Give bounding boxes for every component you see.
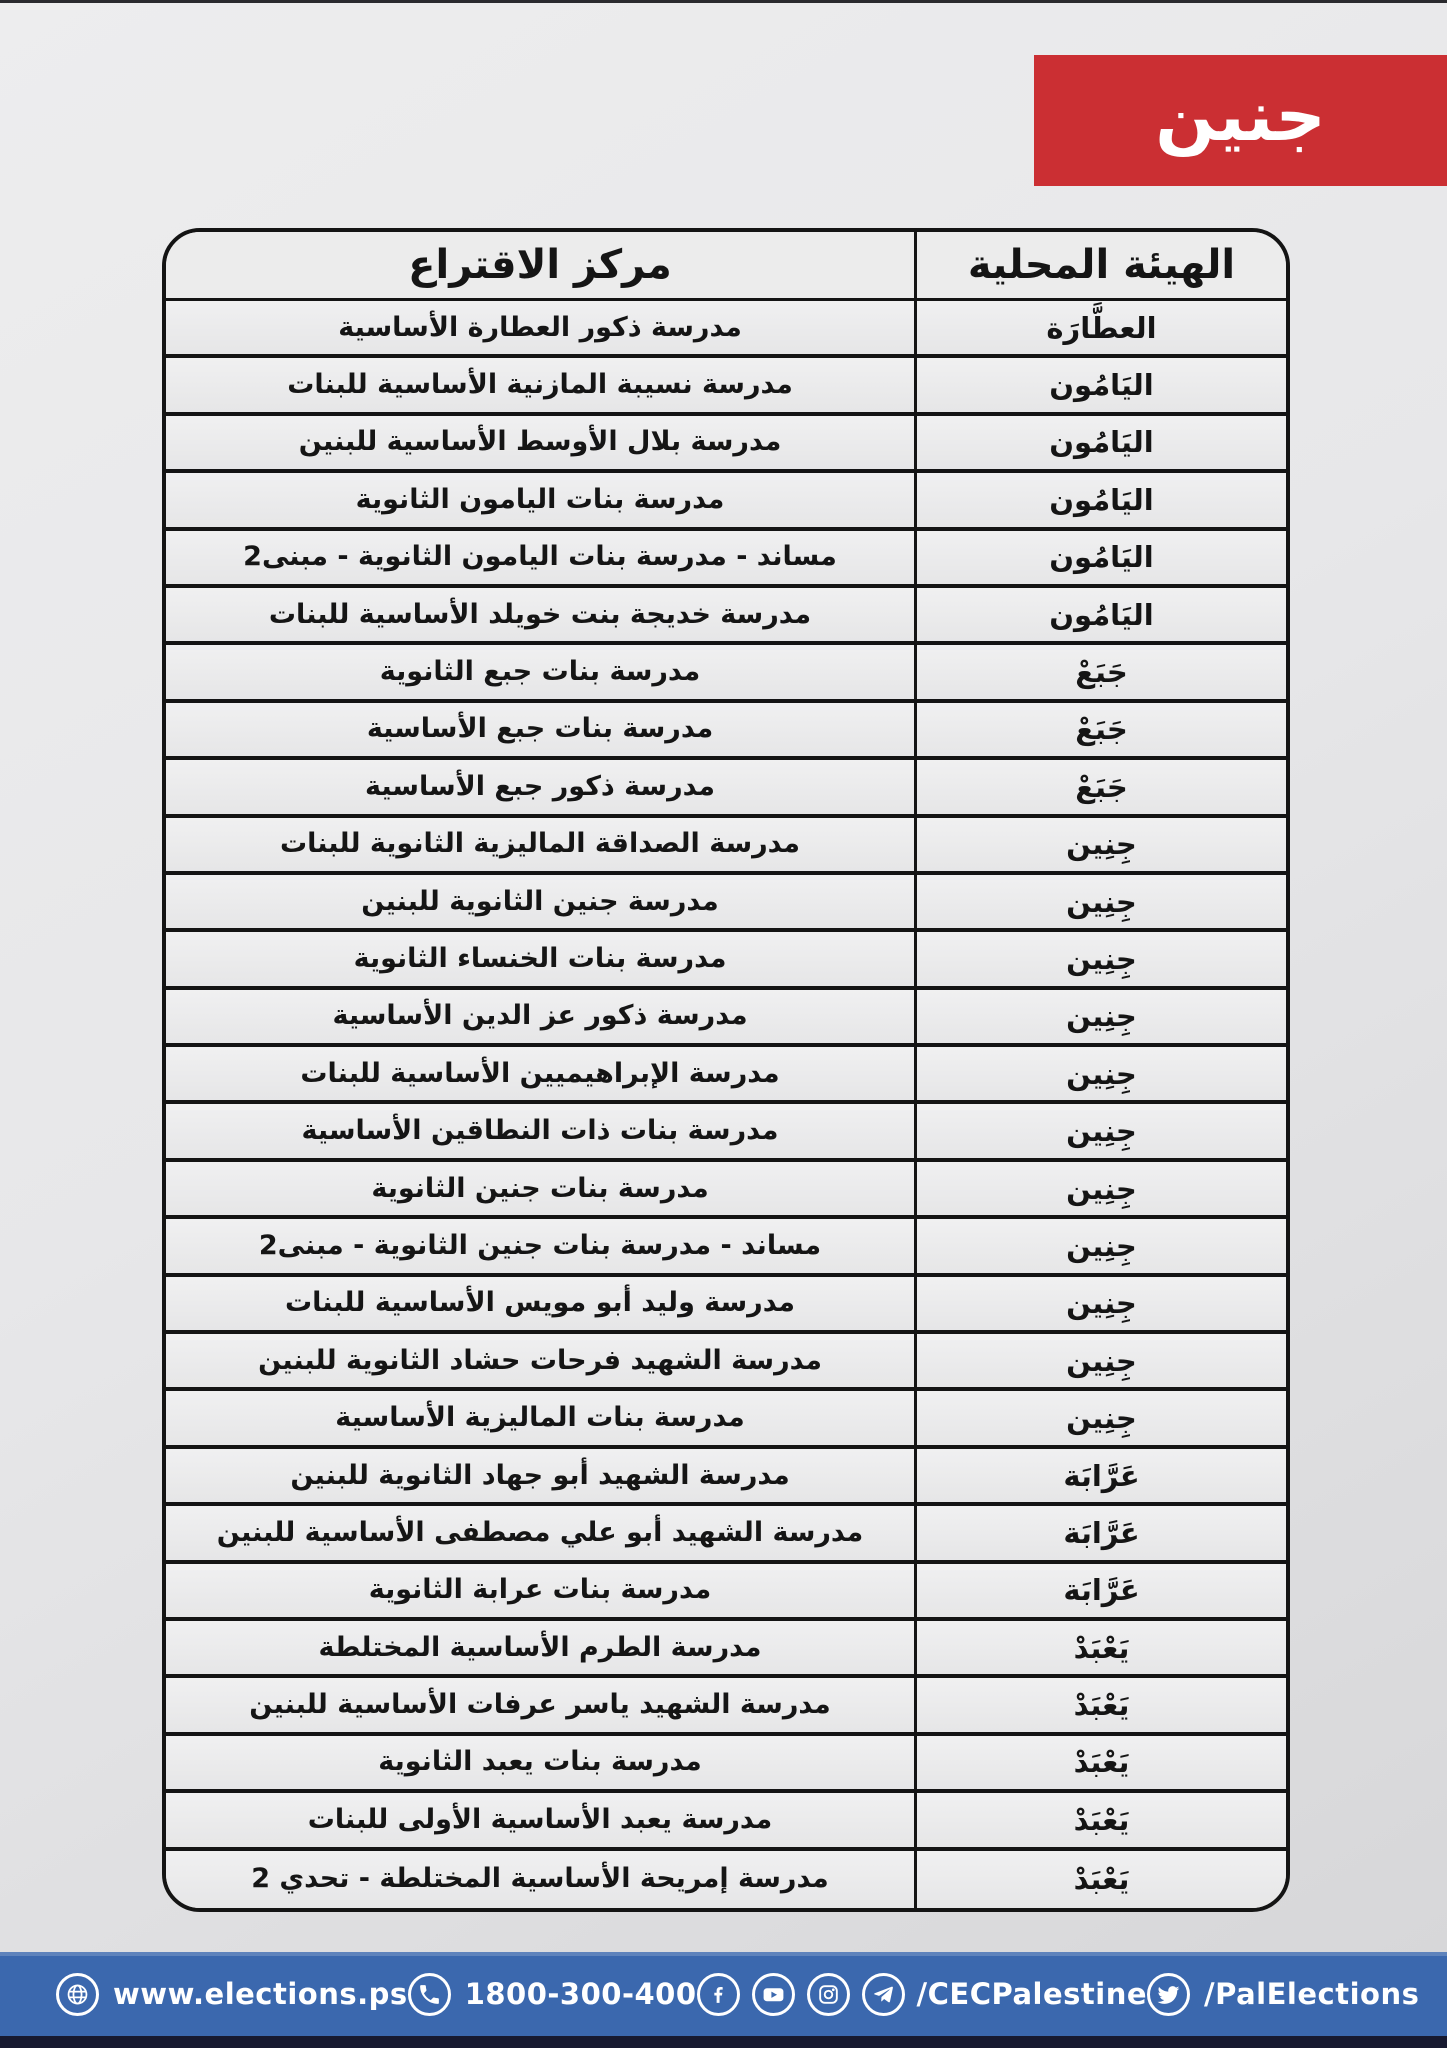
local-authority-cell: جِنِين [914, 875, 1286, 928]
local-authority-cell: عَرَّابَة [914, 1506, 1286, 1559]
polling-center-cell: مدرسة الشهيد أبو جهاد الثانوية للبنين [166, 1449, 914, 1502]
polling-center-cell: مساند - مدرسة بنات جنين الثانوية - مبنى2 [166, 1219, 914, 1272]
polling-center-cell: مدرسة وليد أبو مويس الأساسية للبنات [166, 1277, 914, 1330]
social-handle-text: /CECPalestine [917, 1977, 1148, 2011]
local-authority-cell: عَرَّابَة [914, 1564, 1286, 1617]
website-group: www.elections.ps [56, 1973, 408, 2016]
table-row: يَعْبَدْ مدرسة بنات يعبد الثانوية [166, 1736, 1286, 1793]
local-authority-cell: جِنِين [914, 990, 1286, 1043]
table-row: اليَامُون مدرسة نسيبة المازنية الأساسية … [166, 358, 1286, 415]
table-row: جِنِين مدرسة بنات الخنساء الثانوية [166, 932, 1286, 989]
table-row: اليَامُون مساند - مدرسة بنات اليامون الث… [166, 531, 1286, 588]
table-row: جِنِين مدرسة وليد أبو مويس الأساسية للبن… [166, 1277, 1286, 1334]
local-authority-cell: جِنِين [914, 1162, 1286, 1215]
polling-center-cell: مدرسة الشهيد فرحات حشاد الثانوية للبنين [166, 1334, 914, 1387]
local-authority-cell: يَعْبَدْ [914, 1851, 1286, 1908]
polling-center-cell: مدرسة الإبراهيميين الأساسية للبنات [166, 1047, 914, 1100]
table-row: جَبَعْ مدرسة بنات جبع الأساسية [166, 703, 1286, 760]
twitter-handle-text: /PalElections [1204, 1977, 1419, 2011]
polling-centers-table: الهيئة المحلية مركز الاقتراع العطَّارَة … [162, 228, 1290, 1912]
local-authority-cell: يَعْبَدْ [914, 1736, 1286, 1789]
local-authority-cell: جِنِين [914, 1104, 1286, 1157]
local-authority-cell: يَعْبَدْ [914, 1678, 1286, 1731]
facebook-icon [697, 1973, 740, 2016]
district-banner: جنين [1034, 55, 1447, 186]
youtube-icon [752, 1973, 795, 2016]
table-row: عَرَّابَة مدرسة بنات عرابة الثانوية [166, 1564, 1286, 1621]
local-authority-cell: جِنِين [914, 1219, 1286, 1272]
table-row: جَبَعْ مدرسة ذكور جبع الأساسية [166, 760, 1286, 817]
table-row: جِنِين مدرسة ذكور عز الدين الأساسية [166, 990, 1286, 1047]
twitter-group: /PalElections [1147, 1973, 1419, 2016]
polling-center-cell: مدرسة ذكور العطارة الأساسية [166, 301, 914, 354]
header-local-authority: الهيئة المحلية [914, 232, 1286, 298]
table-row: جِنِين مدرسة الإبراهيميين الأساسية للبنا… [166, 1047, 1286, 1104]
polling-center-cell: مدرسة ذكور جبع الأساسية [166, 760, 914, 813]
local-authority-cell: جَبَعْ [914, 760, 1286, 813]
top-border-line [0, 0, 1447, 3]
polling-center-cell: مدرسة إمريحة الأساسية المختلطة - تحدي 2 [166, 1851, 914, 1908]
social-group: /CECPalestine [697, 1973, 1148, 2016]
polling-center-cell: مساند - مدرسة بنات اليامون الثانوية - مب… [166, 531, 914, 584]
table-row: جِنِين مدرسة بنات ذات النطاقين الأساسية [166, 1104, 1286, 1161]
polling-center-cell: مدرسة بلال الأوسط الأساسية للبنين [166, 416, 914, 469]
footer-bar: www.elections.ps 1800-300-400 /CECPalest… [0, 1952, 1447, 2036]
table-row: عَرَّابَة مدرسة الشهيد أبو جهاد الثانوية… [166, 1449, 1286, 1506]
polling-center-cell: مدرسة بنات عرابة الثانوية [166, 1564, 914, 1617]
table-row: يَعْبَدْ مدرسة إمريحة الأساسية المختلطة … [166, 1851, 1286, 1908]
table-row: جِنِين مدرسة بنات جنين الثانوية [166, 1162, 1286, 1219]
table-row: يَعْبَدْ مدرسة الشهيد ياسر عرفات الأساسي… [166, 1678, 1286, 1735]
local-authority-cell: جِنِين [914, 818, 1286, 871]
table-body: العطَّارَة مدرسة ذكور العطارة الأساسية ا… [166, 301, 1286, 1908]
local-authority-cell: جِنِين [914, 1334, 1286, 1387]
table-row: جِنِين مساند - مدرسة بنات جنين الثانوية … [166, 1219, 1286, 1276]
polling-center-cell: مدرسة الصداقة الماليزية الثانوية للبنات [166, 818, 914, 871]
polling-center-cell: مدرسة بنات جنين الثانوية [166, 1162, 914, 1215]
local-authority-cell: اليَامُون [914, 531, 1286, 584]
table-row: يَعْبَدْ مدرسة الطرم الأساسية المختلطة [166, 1621, 1286, 1678]
local-authority-cell: اليَامُون [914, 358, 1286, 411]
phone-group: 1800-300-400 [408, 1973, 697, 2016]
instagram-icon [807, 1973, 850, 2016]
table-row: اليَامُون مدرسة بنات اليامون الثانوية [166, 473, 1286, 530]
local-authority-cell: يَعْبَدْ [914, 1621, 1286, 1674]
district-title: جنين [1155, 81, 1326, 161]
table-row: جِنِين مدرسة الشهيد فرحات حشاد الثانوية … [166, 1334, 1286, 1391]
polling-center-cell: مدرسة جنين الثانوية للبنين [166, 875, 914, 928]
polling-center-cell: مدرسة الشهيد ياسر عرفات الأساسية للبنين [166, 1678, 914, 1731]
globe-icon [56, 1973, 99, 2016]
table-row: جِنِين مدرسة الصداقة الماليزية الثانوية … [166, 818, 1286, 875]
local-authority-cell: جِنِين [914, 932, 1286, 985]
table-row: جَبَعْ مدرسة بنات جبع الثانوية [166, 645, 1286, 702]
local-authority-cell: عَرَّابَة [914, 1449, 1286, 1502]
twitter-icon [1147, 1973, 1190, 2016]
table-row: العطَّارَة مدرسة ذكور العطارة الأساسية [166, 301, 1286, 358]
local-authority-cell: اليَامُون [914, 588, 1286, 641]
polling-center-cell: مدرسة نسيبة المازنية الأساسية للبنات [166, 358, 914, 411]
polling-center-cell: مدرسة بنات اليامون الثانوية [166, 473, 914, 526]
polling-center-cell: مدرسة الطرم الأساسية المختلطة [166, 1621, 914, 1674]
phone-text: 1800-300-400 [465, 1977, 697, 2011]
polling-center-cell: مدرسة يعبد الأساسية الأولى للبنات [166, 1793, 914, 1846]
header-polling-center: مركز الاقتراع [166, 232, 914, 298]
table-header-row: الهيئة المحلية مركز الاقتراع [166, 232, 1286, 301]
local-authority-cell: جِنِين [914, 1391, 1286, 1444]
local-authority-cell: جِنِين [914, 1047, 1286, 1100]
table-row: عَرَّابَة مدرسة الشهيد أبو علي مصطفى الأ… [166, 1506, 1286, 1563]
polling-center-cell: مدرسة بنات الماليزية الأساسية [166, 1391, 914, 1444]
flyer-page: { "banner": { "title": "جنين" }, "colors… [0, 0, 1447, 2048]
polling-center-cell: مدرسة الشهيد أبو علي مصطفى الأساسية للبن… [166, 1506, 914, 1559]
local-authority-cell: اليَامُون [914, 416, 1286, 469]
table-row: يَعْبَدْ مدرسة يعبد الأساسية الأولى للبن… [166, 1793, 1286, 1850]
table-row: جِنِين مدرسة جنين الثانوية للبنين [166, 875, 1286, 932]
polling-center-cell: مدرسة بنات ذات النطاقين الأساسية [166, 1104, 914, 1157]
polling-center-cell: مدرسة خديجة بنت خويلد الأساسية للبنات [166, 588, 914, 641]
local-authority-cell: اليَامُون [914, 473, 1286, 526]
polling-center-cell: مدرسة ذكور عز الدين الأساسية [166, 990, 914, 1043]
footer-dark-strip [0, 2036, 1447, 2048]
local-authority-cell: جَبَعْ [914, 703, 1286, 756]
table-row: جِنِين مدرسة بنات الماليزية الأساسية [166, 1391, 1286, 1448]
table-row: اليَامُون مدرسة خديجة بنت خويلد الأساسية… [166, 588, 1286, 645]
telegram-icon [862, 1973, 905, 2016]
phone-icon [408, 1973, 451, 2016]
polling-center-cell: مدرسة بنات الخنساء الثانوية [166, 932, 914, 985]
website-text: www.elections.ps [113, 1977, 408, 2011]
polling-center-cell: مدرسة بنات جبع الثانوية [166, 645, 914, 698]
local-authority-cell: جَبَعْ [914, 645, 1286, 698]
table-row: اليَامُون مدرسة بلال الأوسط الأساسية للب… [166, 416, 1286, 473]
local-authority-cell: جِنِين [914, 1277, 1286, 1330]
local-authority-cell: العطَّارَة [914, 301, 1286, 354]
polling-center-cell: مدرسة بنات جبع الأساسية [166, 703, 914, 756]
polling-center-cell: مدرسة بنات يعبد الثانوية [166, 1736, 914, 1789]
local-authority-cell: يَعْبَدْ [914, 1793, 1286, 1846]
